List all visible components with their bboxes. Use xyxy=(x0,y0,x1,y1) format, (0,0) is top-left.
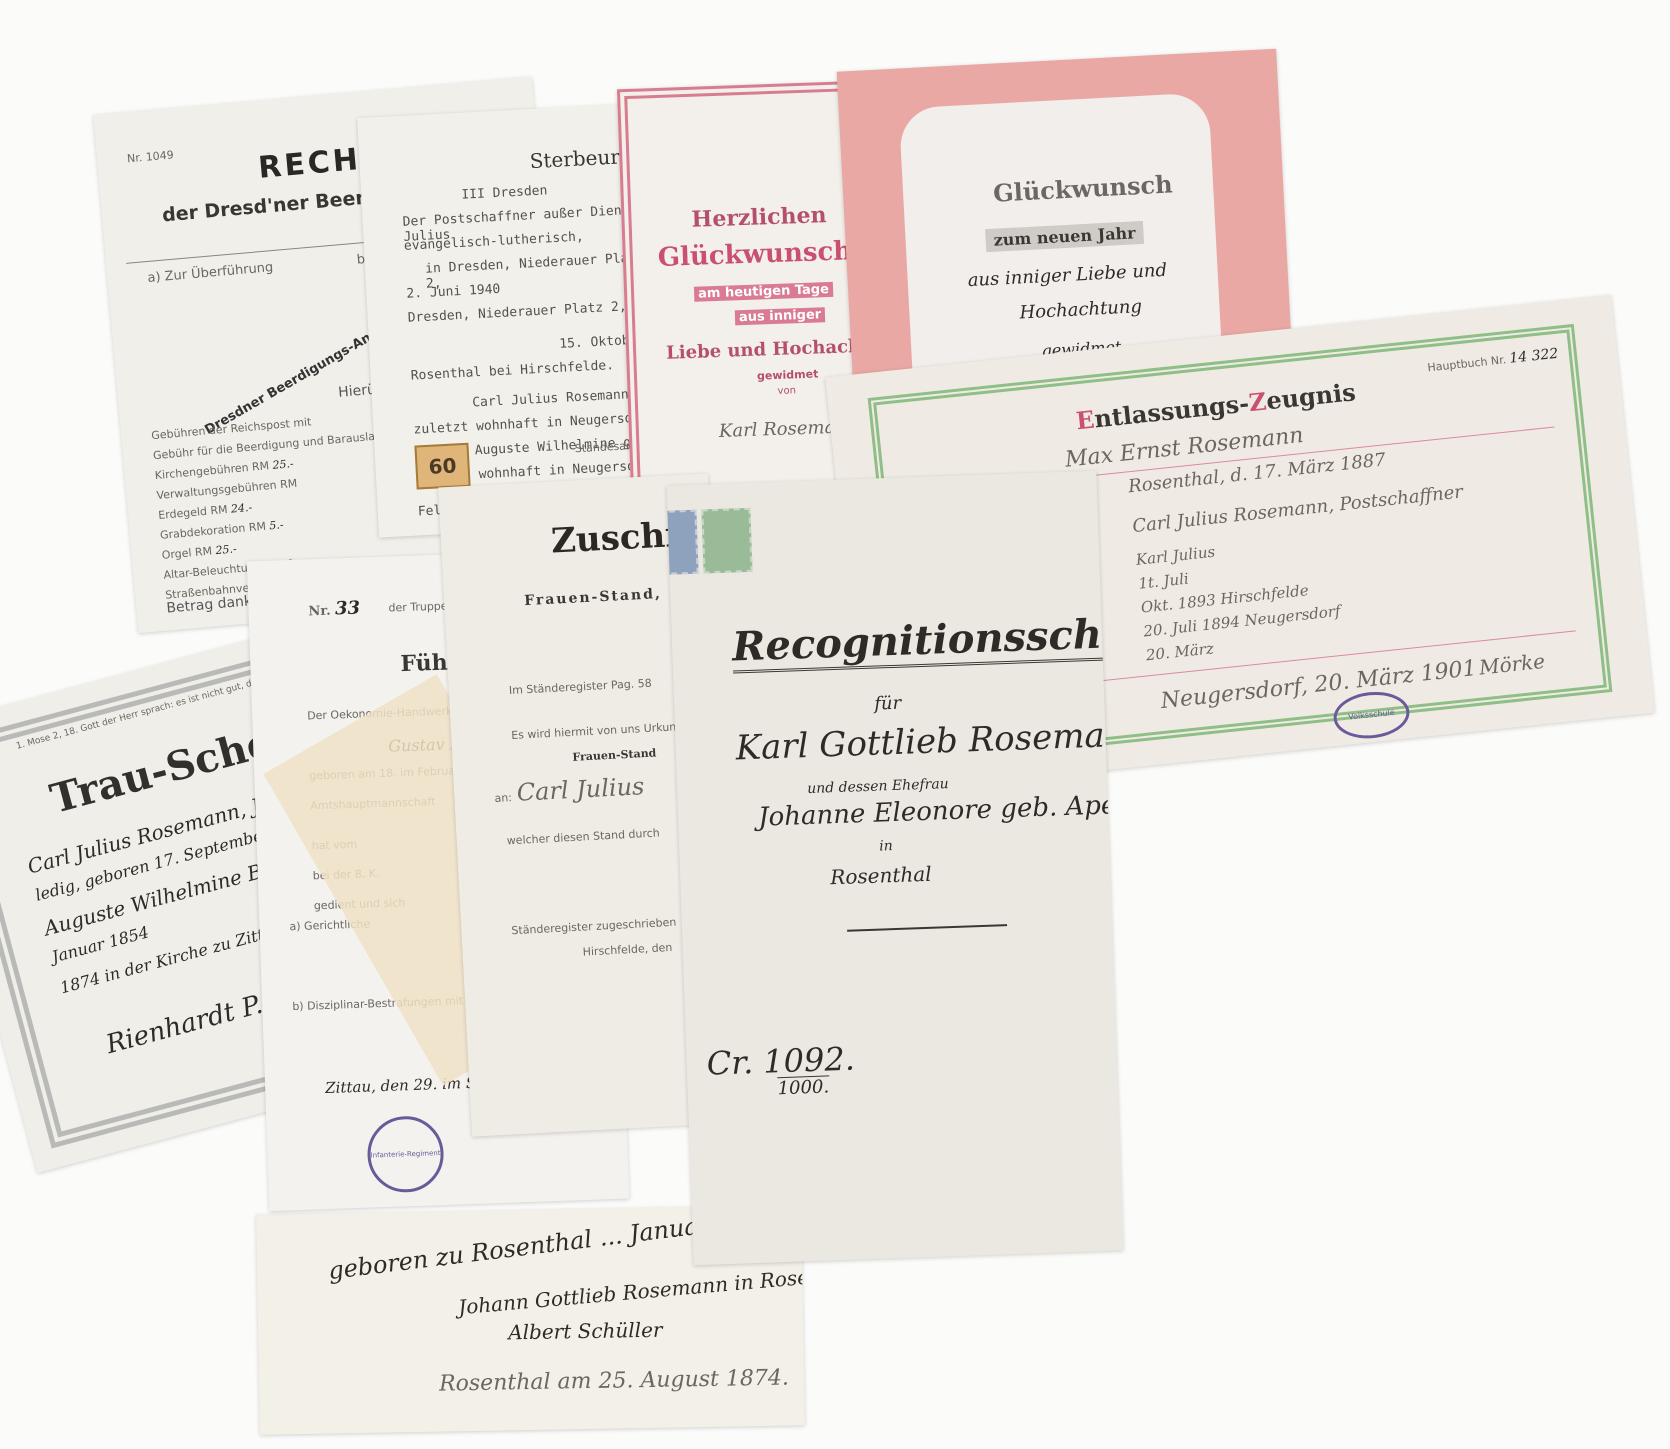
regiment-stamp: Infanterie-Regiment xyxy=(366,1115,445,1194)
certificate-name: Karl Gottlieb Rosemann xyxy=(735,714,1123,768)
invoice-section-a: a) Zur Überführung xyxy=(147,260,274,286)
card-line: Liebe und Hochachtung xyxy=(666,334,873,363)
notice-line: Im Ständeregister Pag. 58 xyxy=(509,677,652,697)
revenue-stamp-green xyxy=(701,508,752,574)
certificate-place: Rosenthal xyxy=(830,862,932,890)
notice-subheading: Frauen-Stand, xyxy=(524,586,662,609)
notice-line: Es wird hiermit von uns Urkunden xyxy=(511,719,697,742)
note-line: Rosenthal am 25. August 1874. xyxy=(439,1366,789,1397)
card-line: am heutigen Tage xyxy=(694,282,833,302)
notice-line: Ständeregister zugeschrieben xyxy=(511,916,676,938)
certificate-and-wife: und dessen Ehefrau xyxy=(807,776,949,797)
card-line: Herzlichen xyxy=(691,202,827,233)
certificate-heading: Recognitionsschein xyxy=(731,608,1123,673)
fee-stamp: 60 xyxy=(414,443,470,490)
revenue-stamps xyxy=(667,508,753,580)
card-line: aus inniger xyxy=(735,307,826,325)
note-line: Albert Schüller xyxy=(508,1318,663,1345)
invoice-number: Nr. 1049 xyxy=(127,148,175,165)
notice-recipient: an: Carl Julius xyxy=(494,772,645,808)
attest-number: Nr. 33 xyxy=(308,598,360,621)
recognition-certificate: Recognitionsschein für Karl Gottlieb Ros… xyxy=(667,471,1124,1266)
certificate-rows: Karl Julius 1t. Juli Okt. 1893 Hirschfel… xyxy=(1135,530,1344,670)
closing-rule xyxy=(847,924,1007,932)
card-line: gewidmet xyxy=(757,367,819,382)
card-line: Glückwunsch xyxy=(657,236,852,273)
certificate-for: für xyxy=(874,693,902,715)
notice-place: Hirschfelde, den xyxy=(582,941,672,959)
certificate-sub-reference: 1000. xyxy=(777,1075,829,1099)
card-line: von xyxy=(777,385,796,397)
notice-line: welcher diesen Stand durch xyxy=(506,826,660,847)
note-line: Johann Gottlieb Rosemann in Rosenthal xyxy=(457,1260,805,1319)
notice-line: Frauen-Stand xyxy=(572,746,657,763)
certificate-in: in xyxy=(879,838,893,854)
revenue-stamp-blue xyxy=(667,510,699,576)
